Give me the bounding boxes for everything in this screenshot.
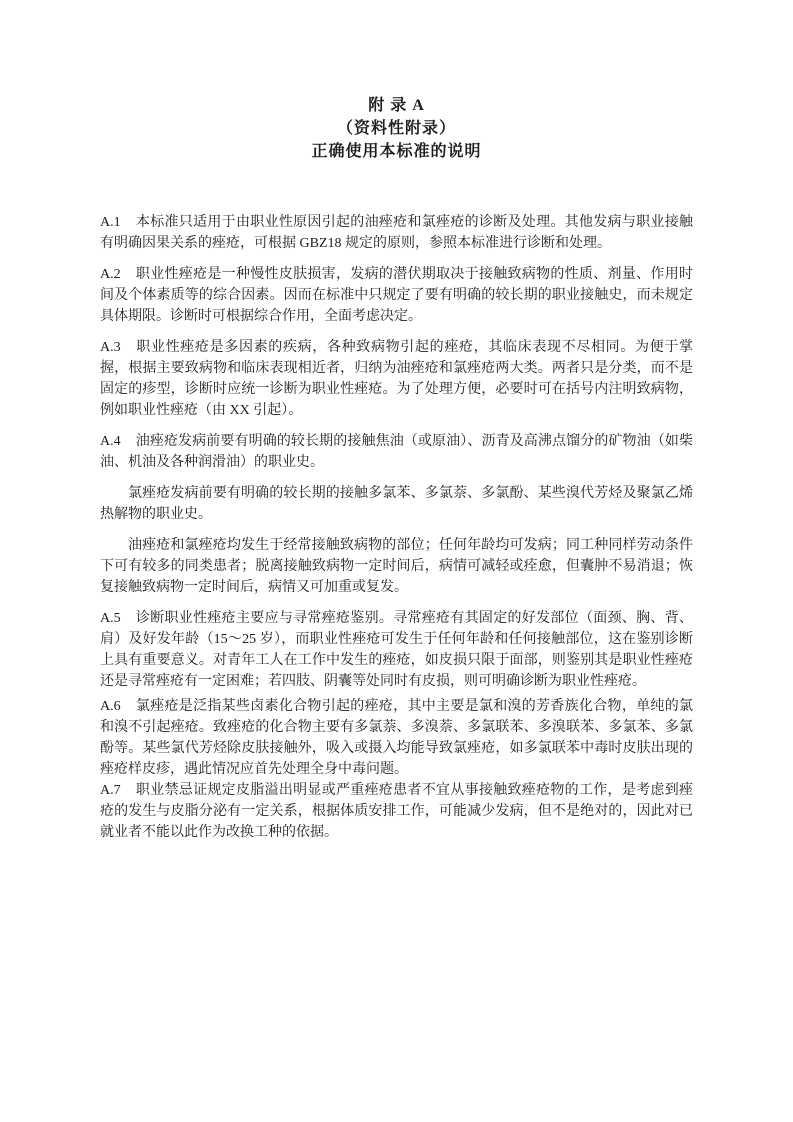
document-page: 附 录 A （资料性附录） 正确使用本标准的说明 A.1本标准只适用于由职业性原… — [0, 0, 793, 1122]
appendix-subject: 正确使用本标准的说明 — [100, 140, 693, 163]
paragraph-a1: A.1本标准只适用于由职业性原因引起的油痤疮和氯痤疮的诊断及处理。其他发病与职业… — [100, 212, 693, 254]
paragraph-a7: A.7职业禁忌证规定皮脂溢出明显或严重痤疮患者不宜从事接触致痤疮物的工作，是考虑… — [100, 780, 693, 843]
clause-text: 氯痤疮发病前要有明确的较长期的接触多氯苯、多氯萘、多氯酚、某些溴代芳烃及聚氯乙烯… — [100, 486, 693, 522]
clause-number: A.4 — [100, 431, 121, 452]
clause-text: 本标准只适用于由职业性原因引起的油痤疮和氯痤疮的诊断及处理。其他发病与职业接触有… — [100, 215, 693, 251]
appendix-type: （资料性附录） — [100, 117, 693, 140]
paragraph-a2: A.2职业性痤疮是一种慢性皮肤损害，发病的潜伏期取决于接触致病物的性质、剂量、作… — [100, 264, 693, 327]
clause-number: A.1 — [100, 212, 121, 233]
paragraph-a5: A.5诊断职业性痤疮主要应与寻常痤疮鉴别。寻常痤疮有其固定的好发部位（面颈、胸、… — [100, 608, 693, 692]
document-content: 附 录 A （资料性附录） 正确使用本标准的说明 A.1本标准只适用于由职业性原… — [100, 94, 693, 843]
clause-text: 油痤疮发病前要有明确的较长期的接触焦油（或原油）、沥青及高沸点馏分的矿物油（如柴… — [100, 434, 693, 470]
clause-text: 氯痤疮是泛指某些卤素化合物引起的痤疮，其中主要是氯和溴的芳香族化合物，单纯的氯和… — [100, 699, 693, 777]
clause-text: 职业性痤疮是多因素的疾病，各种致病物引起的痤疮，其临床表现不尽相同。为便于掌握，… — [100, 340, 693, 418]
clause-number: A.3 — [100, 337, 121, 358]
clause-text: 油痤疮和氯痤疮均发生于经常接触致病物的部位；任何年龄均可发病；同工种同样劳动条件… — [100, 538, 693, 595]
clause-number: A.2 — [100, 264, 121, 285]
paragraph-common-features: 油痤疮和氯痤疮均发生于经常接触致病物的部位；任何年龄均可发病；同工种同样劳动条件… — [100, 535, 693, 598]
clause-number: A.7 — [100, 780, 121, 801]
document-body: A.1本标准只适用于由职业性原因引起的油痤疮和氯痤疮的诊断及处理。其他发病与职业… — [100, 212, 693, 843]
appendix-label: 附 录 A — [100, 94, 693, 117]
clause-text: 职业性痤疮是一种慢性皮肤损害，发病的潜伏期取决于接触致病物的性质、剂量、作用时间… — [100, 267, 693, 324]
clause-text: 职业禁忌证规定皮脂溢出明显或严重痤疮患者不宜从事接触致痤疮物的工作，是考虑到痤疮… — [100, 783, 693, 840]
clause-text: 诊断职业性痤疮主要应与寻常痤疮鉴别。寻常痤疮有其固定的好发部位（面颈、胸、背、肩… — [100, 611, 693, 689]
paragraph-a6: A.6氯痤疮是泛指某些卤素化合物引起的痤疮，其中主要是氯和溴的芳香族化合物，单纯… — [100, 696, 693, 780]
paragraph-chloracne-history: 氯痤疮发病前要有明确的较长期的接触多氯苯、多氯萘、多氯酚、某些溴代芳烃及聚氯乙烯… — [100, 483, 693, 525]
paragraph-a4: A.4油痤疮发病前要有明确的较长期的接触焦油（或原油）、沥青及高沸点馏分的矿物油… — [100, 431, 693, 473]
clause-number: A.6 — [100, 696, 121, 717]
paragraph-a3: A.3职业性痤疮是多因素的疾病，各种致病物引起的痤疮，其临床表现不尽相同。为便于… — [100, 337, 693, 421]
appendix-title-block: 附 录 A （资料性附录） 正确使用本标准的说明 — [100, 94, 693, 163]
clause-number: A.5 — [100, 608, 121, 629]
